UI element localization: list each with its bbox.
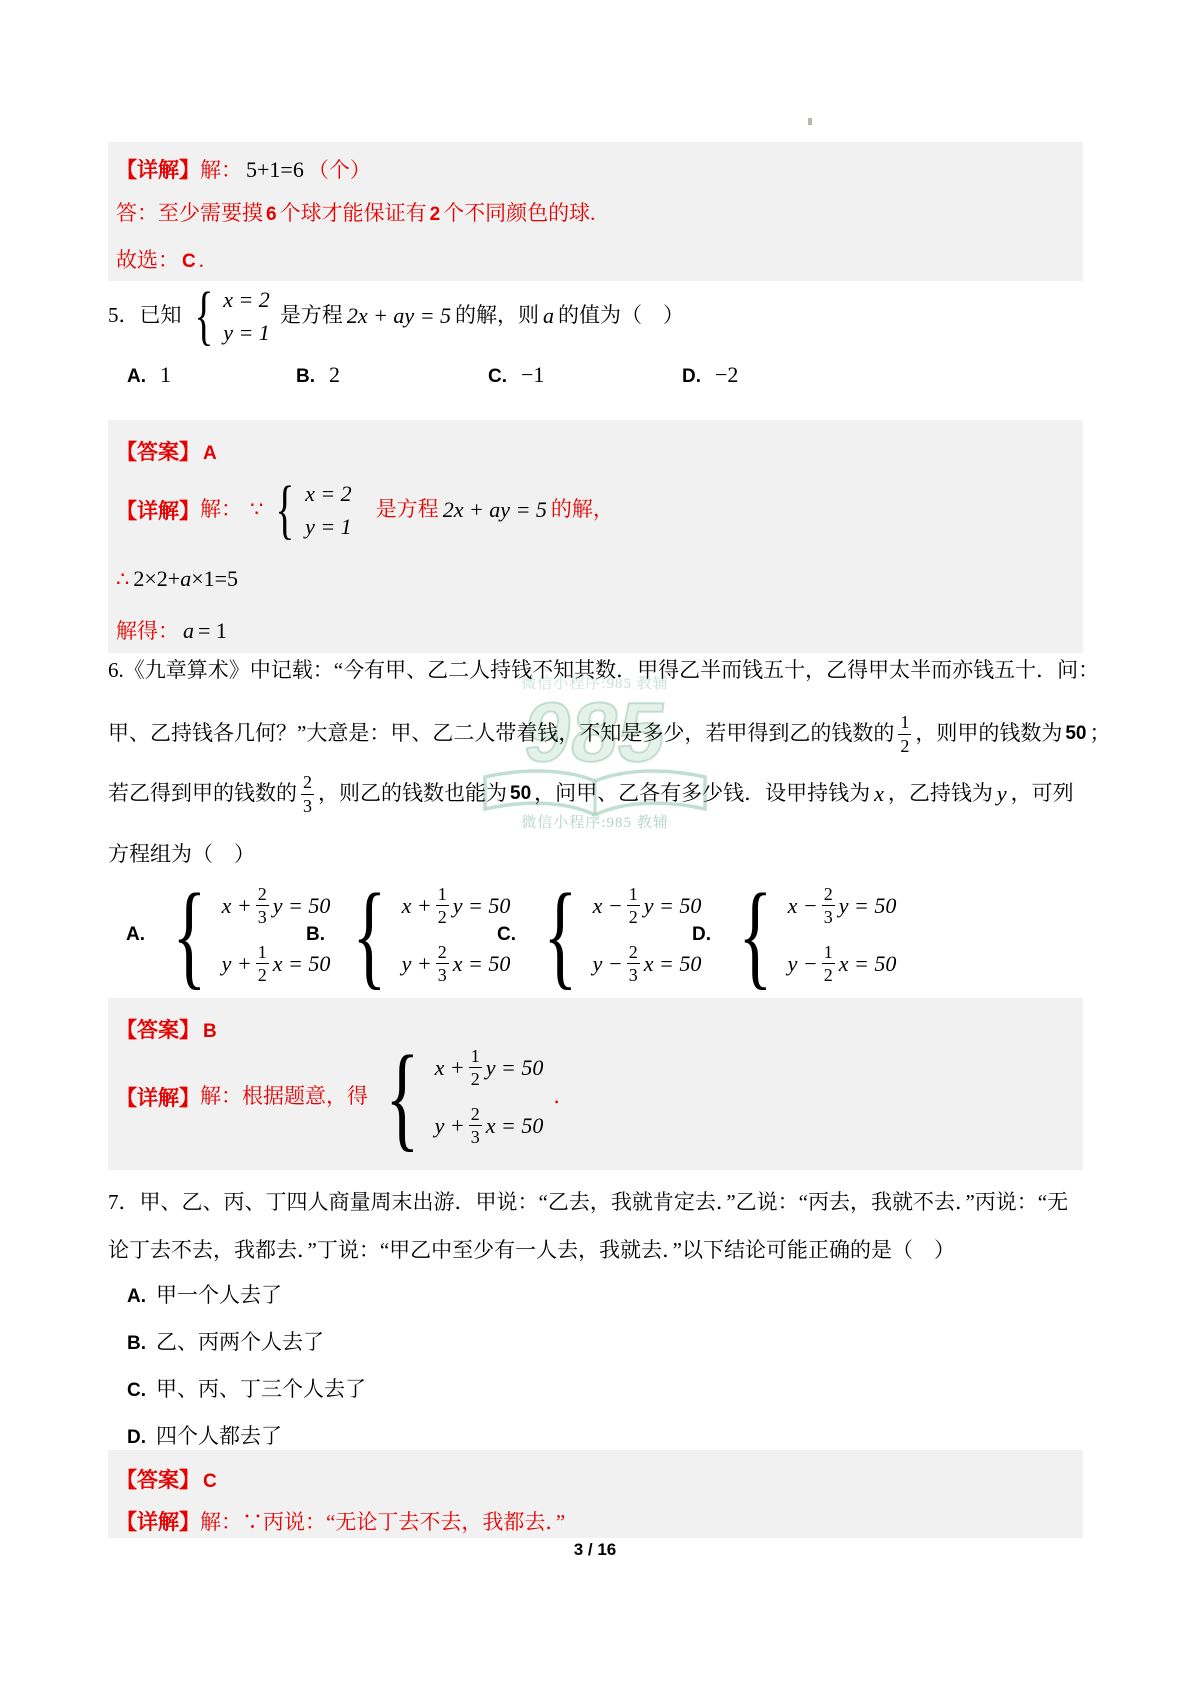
q5-step-var: a	[180, 566, 191, 592]
option-value: −1	[521, 362, 544, 387]
detail-marker: 【详解】	[116, 1082, 200, 1112]
fraction: 23	[301, 771, 314, 817]
fraction-numerator: 2	[256, 883, 269, 906]
q7-option-a: A.甲一个人去了	[127, 1283, 282, 1308]
equation-system: { x +12y = 50 y +23x = 50	[341, 881, 514, 990]
q4-math: 5+1=6	[246, 157, 304, 183]
brace: {	[276, 480, 295, 541]
q6-line3-end: ，可列	[1011, 781, 1074, 806]
q5-solve-rest: = 1	[198, 618, 227, 644]
q5-stem-prefix: 5．已知	[108, 303, 182, 328]
page-number: 3 / 16	[0, 1540, 1190, 1560]
q5-system: { x = 2 y = 1	[188, 286, 274, 347]
eq-post: y = 50	[486, 1055, 544, 1081]
eq-pre: x −	[593, 893, 623, 919]
option-label: B.	[306, 924, 325, 946]
fraction-denominator: 2	[898, 734, 911, 758]
fraction-numerator: 1	[627, 883, 640, 906]
q4-answer-mid: 个球才能保证有	[280, 201, 427, 226]
eq-post: x = 50	[839, 951, 897, 977]
detail-jie: 解：	[200, 497, 242, 522]
q6-line3-post2: ，问甲、乙各有多少钱．设甲持钱为	[534, 781, 870, 806]
eq-post: y = 50	[839, 893, 897, 919]
q5-detail-mid2: 的解，	[551, 497, 614, 522]
fraction: 12	[822, 941, 835, 987]
option-value: −2	[715, 362, 738, 387]
fraction: 12	[627, 883, 640, 929]
fraction-denominator: 3	[822, 905, 835, 929]
fraction-numerator: 1	[469, 1045, 482, 1068]
q5-stem-mid1: 是方程	[280, 303, 343, 328]
q5-solution-box: 【答案】 A 【详解】 解： ∵ { x = 2 y = 1 是方程 2x + …	[108, 420, 1083, 653]
fraction: 12	[898, 711, 911, 757]
fraction: 23	[469, 1103, 482, 1149]
q5-stem: 5．已知 { x = 2 y = 1 是方程 2x + ay = 5 的解，则 …	[108, 278, 684, 354]
q5-stem-math1: 2x + ay = 5	[347, 303, 451, 329]
option-label: C.	[488, 366, 507, 387]
fraction-numerator: 2	[301, 771, 314, 794]
q6-option-b: B. { x +12y = 50 y +23x = 50	[306, 872, 520, 998]
q5-option-d: D.−2	[682, 362, 742, 388]
fraction: 23	[256, 883, 269, 929]
document-page: 微信小程序:985 教辅 985 微信小程序:985 教辅 【详解】 解： 5+…	[0, 0, 1190, 1683]
q5-detail-eq2: y = 1	[305, 514, 352, 540]
option-value: 2	[329, 362, 340, 387]
fraction: 23	[627, 941, 640, 987]
fraction-denominator: 2	[469, 1067, 482, 1091]
q6-line3-var2: y	[997, 781, 1007, 807]
q5-stem-var: a	[543, 303, 554, 329]
q6-detail-period: ．	[553, 1084, 574, 1109]
q6-line3-mid: ，乙持钱为	[888, 781, 993, 806]
eq-pre: y −	[593, 951, 623, 977]
fraction-denominator: 2	[436, 905, 449, 929]
q5-solve-var: a	[183, 618, 194, 644]
q6-detail-row: 【详解】 解：根据题意，得 { x +12y = 50 y +23x = 50 …	[116, 1032, 574, 1162]
q6-option-c: C. { x −12y = 50 y −23x = 50	[497, 872, 711, 998]
fraction-numerator: 1	[256, 941, 269, 964]
q7-option-c: C.甲、丙、丁三个人去了	[127, 1377, 366, 1402]
q5-options: A.1 B.2 C.−1 D.−2	[0, 362, 1190, 390]
q4-unit: （个）	[308, 158, 371, 183]
fraction: 12	[256, 941, 269, 987]
q6-line2-pre: 甲、乙持钱各几何？”大意是：甲、乙二人带着钱，不知是多少，若甲得到乙的钱数的	[108, 721, 894, 746]
fraction-numerator: 2	[436, 941, 449, 964]
stray-mark	[808, 118, 812, 125]
option-label: C.	[127, 1380, 146, 1401]
q6-line1: 6.《九章算术》中记载：“今有甲、乙二人持钱不知其数．甲得乙半而钱五十，乙得甲太…	[108, 658, 1099, 683]
fraction-numerator: 2	[822, 883, 835, 906]
option-label: C.	[497, 924, 516, 946]
fraction-denominator: 3	[627, 963, 640, 987]
answer-marker: 【答案】	[116, 436, 200, 466]
fraction-denominator: 2	[256, 963, 269, 987]
q6-line2-post2: ；	[1089, 721, 1110, 746]
q5-option-a: A.1	[127, 362, 175, 388]
q7-option-d: D.四个人都去了	[127, 1424, 282, 1449]
option-text: 乙、丙两个人去了	[156, 1330, 324, 1354]
q6-line2-post1: ，则甲的钱数为	[915, 721, 1062, 746]
option-label: B.	[296, 366, 315, 387]
q5-detail-system: { x = 2 y = 1	[269, 480, 355, 541]
option-text: 四个人都去了	[156, 1424, 282, 1448]
q5-detail-mid1: 是方程	[376, 497, 439, 522]
q5-detail-math1: 2x + ay = 5	[443, 497, 547, 523]
brace: {	[543, 881, 577, 990]
fraction-denominator: 2	[822, 963, 835, 987]
fraction-denominator: 3	[436, 963, 449, 987]
option-label: A.	[127, 366, 146, 387]
fraction-numerator: 1	[436, 883, 449, 906]
eq-pre: x +	[435, 1055, 465, 1081]
equation-system: { x −12y = 50 y −23x = 50	[532, 881, 705, 990]
q5-detail-eq1: x = 2	[305, 481, 352, 507]
q6-line2: 甲、乙持钱各几何？”大意是：甲、乙二人带着钱，不知是多少，若甲得到乙的钱数的 1…	[108, 705, 1110, 763]
q6-option-d: D. { x −23y = 50 y −12x = 50	[692, 872, 906, 998]
fraction: 23	[822, 883, 835, 929]
brace: {	[352, 881, 386, 990]
detail-marker: 【详解】	[116, 1506, 200, 1536]
option-text: 甲一个人去了	[156, 1283, 282, 1307]
q5-solve-label: 解得：	[116, 619, 179, 644]
q4-answer-pre: 答：至少需要摸	[116, 201, 263, 226]
q6-line3-var1: x	[874, 781, 884, 807]
fraction-denominator: 3	[469, 1125, 482, 1149]
q7-answer-value: C	[203, 1471, 217, 1493]
fraction: 12	[436, 883, 449, 929]
detail-marker: 【详解】	[116, 154, 200, 184]
q5-detail-row: 【详解】 解： ∵ { x = 2 y = 1 是方程 2x + ay = 5 …	[116, 468, 614, 552]
q6-line3-num: 50	[510, 783, 531, 806]
eq-pre: x +	[402, 893, 432, 919]
detail-marker: 【详解】	[116, 495, 200, 525]
q7-line2: 论丁去不去，我都去．”丁说：“甲乙中至少有一人去，我就去．”以下结论可能正确的是…	[108, 1238, 955, 1263]
fraction-numerator: 1	[822, 941, 835, 964]
fraction-denominator: 2	[627, 905, 640, 929]
option-label: A.	[126, 924, 145, 946]
eq-pre: y −	[788, 951, 818, 977]
q6-line2-num: 50	[1065, 723, 1086, 746]
fraction-numerator: 1	[898, 711, 911, 734]
q5-step-p2: ×1=5	[191, 566, 238, 592]
q6-line3-post1: ，则乙的钱数也能为	[318, 781, 507, 806]
q5-step-p1: 2×2+	[133, 566, 180, 592]
q5-sys-eq1: x = 2	[223, 287, 270, 313]
q5-answer-value: A	[203, 443, 217, 465]
q5-option-b: B.2	[296, 362, 344, 388]
q4-answer-post: 个不同颜色的球.	[443, 201, 595, 226]
q5-stem-suffix: 的值为（ ）	[558, 303, 684, 328]
detail-jie: 解：	[200, 158, 242, 183]
option-value: 1	[160, 362, 171, 387]
option-label: D.	[127, 1427, 146, 1448]
q4-choice-post: .	[199, 248, 204, 273]
q7-option-b: B.乙、丙两个人去了	[127, 1330, 324, 1355]
q4-solution-box: 【详解】 解： 5+1=6 （个） 答：至少需要摸 6 个球才能保证有 2 个不…	[108, 142, 1083, 281]
eq-pre: y +	[435, 1113, 465, 1139]
option-label: D.	[682, 366, 701, 387]
q5-sys-eq2: y = 1	[223, 320, 270, 346]
q5-option-c: C.−1	[488, 362, 548, 388]
option-label: D.	[692, 924, 711, 946]
option-label: B.	[127, 1333, 146, 1354]
fraction: 23	[436, 941, 449, 987]
brace: {	[738, 881, 772, 990]
option-text: 甲、丙、丁三个人去了	[156, 1377, 366, 1401]
eq-pre: x −	[788, 893, 818, 919]
q6-line3-pre: 若乙得到甲的钱数的	[108, 781, 297, 806]
because-symbol: ∵	[250, 497, 263, 522]
q6-line4: 方程组为（ ）	[108, 842, 255, 867]
q7-solution-box: 【答案】 C 【详解】 解：∵丙说：“无论丁去不去，我都去．”	[108, 1450, 1083, 1538]
q4-answer-n2: 2	[430, 204, 441, 227]
brace: {	[194, 286, 213, 347]
brace: {	[172, 881, 206, 990]
q7-detail-text: 解：∵丙说：“无论丁去不去，我都去．”	[200, 1510, 565, 1535]
eq-pre: x +	[222, 893, 252, 919]
brace: {	[385, 1043, 419, 1152]
q4-choice-pre: 故选：	[116, 248, 179, 273]
fraction-numerator: 2	[627, 941, 640, 964]
fraction-numerator: 2	[469, 1103, 482, 1126]
q6-solution-box: 【答案】 B 【详解】 解：根据题意，得 { x +12y = 50 y +23…	[108, 998, 1083, 1170]
option-label: A.	[127, 1286, 146, 1307]
fraction-denominator: 3	[256, 905, 269, 929]
eq-pre: y +	[222, 951, 252, 977]
q6-detail-text: 解：根据题意，得	[200, 1084, 368, 1109]
answer-marker: 【答案】	[116, 1464, 200, 1494]
q5-stem-mid2: 的解，则	[455, 303, 539, 328]
eq-post: x = 50	[486, 1113, 544, 1139]
fraction: 12	[469, 1045, 482, 1091]
q4-choice-letter: C	[182, 251, 196, 274]
q4-answer-n1: 6	[266, 204, 277, 227]
fraction-denominator: 3	[301, 794, 314, 818]
q7-line1: 7．甲、乙、丙、丁四人商量周末出游．甲说：“乙去，我就肯定去．”乙说：“丙去，我…	[108, 1190, 1068, 1215]
q6-detail-system: { x +12y = 50 y +23x = 50	[374, 1043, 547, 1152]
eq-pre: y +	[402, 951, 432, 977]
q6-line3: 若乙得到甲的钱数的 23 ，则乙的钱数也能为 50 ，问甲、乙各有多少钱．设甲持…	[108, 765, 1074, 823]
therefore-symbol: ∴	[116, 567, 129, 592]
equation-system: { x −23y = 50 y −12x = 50	[727, 881, 900, 990]
